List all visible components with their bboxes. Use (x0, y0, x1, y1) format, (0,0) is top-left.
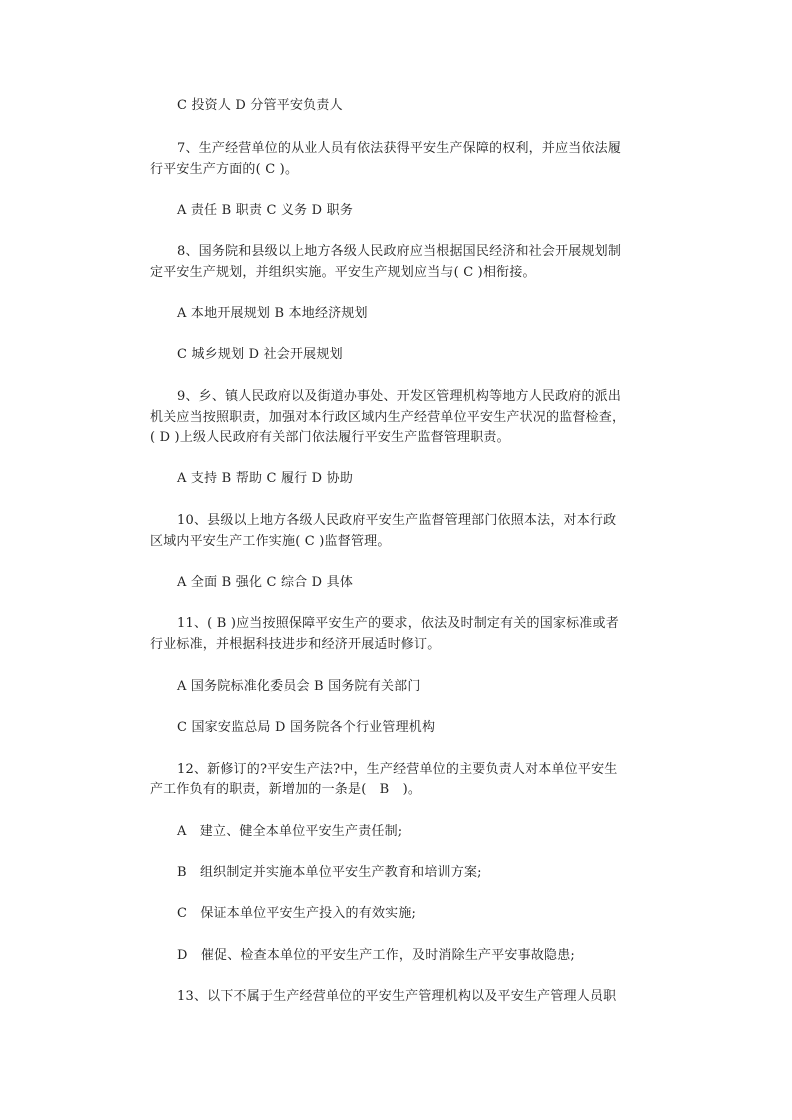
text-line: 机关应当按照职责，加强对本行政区域内生产经营单位平安生产状况的监督检查， (150, 408, 625, 428)
text-line: 7、生产经营单位的从业人员有依法获得平安生产保障的权利，并应当依法履 (177, 139, 621, 159)
text-line: 8、国务院和县级以上地方各级人民政府应当根据国民经济和社会开展规划制 (177, 242, 621, 262)
text-line: 10、县级以上地方各级人民政府平安生产监督管理部门依照本法，对本行政 (177, 511, 616, 531)
text-line: C 城乡规划 D 社会开展规划 (177, 345, 343, 365)
text-line: A 国务院标准化委员会 B 国务院有关部门 (177, 677, 421, 697)
text-line: 定平安生产规划，并组织实施。平安生产规划应当与( C )相衔接。 (150, 263, 536, 283)
text-line: A 责任 B 职责 C 义务 D 职务 (177, 201, 353, 221)
text-line: A 建立、健全本单位平安生产责任制; (177, 822, 402, 842)
text-line: C 保证本单位平安生产投入的有效实施; (177, 904, 416, 924)
text-line: C 投资人 D 分管平安负责人 (177, 96, 343, 116)
text-line: 行业标准，并根据科技进步和经济开展适时修订。 (150, 635, 440, 655)
text-line: ( D )上级人民政府有关部门依法履行平安生产监督管理职责。 (150, 428, 510, 448)
text-line: A 全面 B 强化 C 综合 D 具体 (177, 573, 353, 593)
text-line: 产工作负有的职责，新增加的一条是( B )。 (150, 780, 421, 800)
text-line: B 组织制定并实施本单位平安生产教育和培训方案; (177, 863, 482, 883)
text-line: D 催促、检查本单位的平安生产工作，及时消除生产平安事故隐患; (177, 946, 575, 966)
text-line: 11、( B )应当按照保障平安生产的要求，依法及时制定有关的国家标准或者 (177, 614, 619, 634)
text-line: 13、以下不属于生产经营单位的平安生产管理机构以及平安生产管理人员职 (177, 987, 616, 1007)
text-line: 行平安生产方面的( C )。 (150, 160, 298, 180)
text-line: 12、新修订的?平安生产法?中，生产经营单位的主要负责人对本单位平安生 (177, 760, 617, 780)
text-line: 区域内平安生产工作实施( C )监督管理。 (150, 532, 391, 552)
text-line: A 本地开展规划 B 本地经济规划 (177, 304, 368, 324)
text-line: C 国家安监总局 D 国务院各个行业管理机构 (177, 718, 435, 738)
text-line: 9、乡、镇人民政府以及街道办事处、开发区管理机构等地方人民政府的派出 (177, 387, 621, 407)
document-page: C 投资人 D 分管平安负责人7、生产经营单位的从业人员有依法获得平安生产保障的… (0, 0, 792, 1120)
text-line: A 支持 B 帮助 C 履行 D 协助 (177, 469, 353, 489)
